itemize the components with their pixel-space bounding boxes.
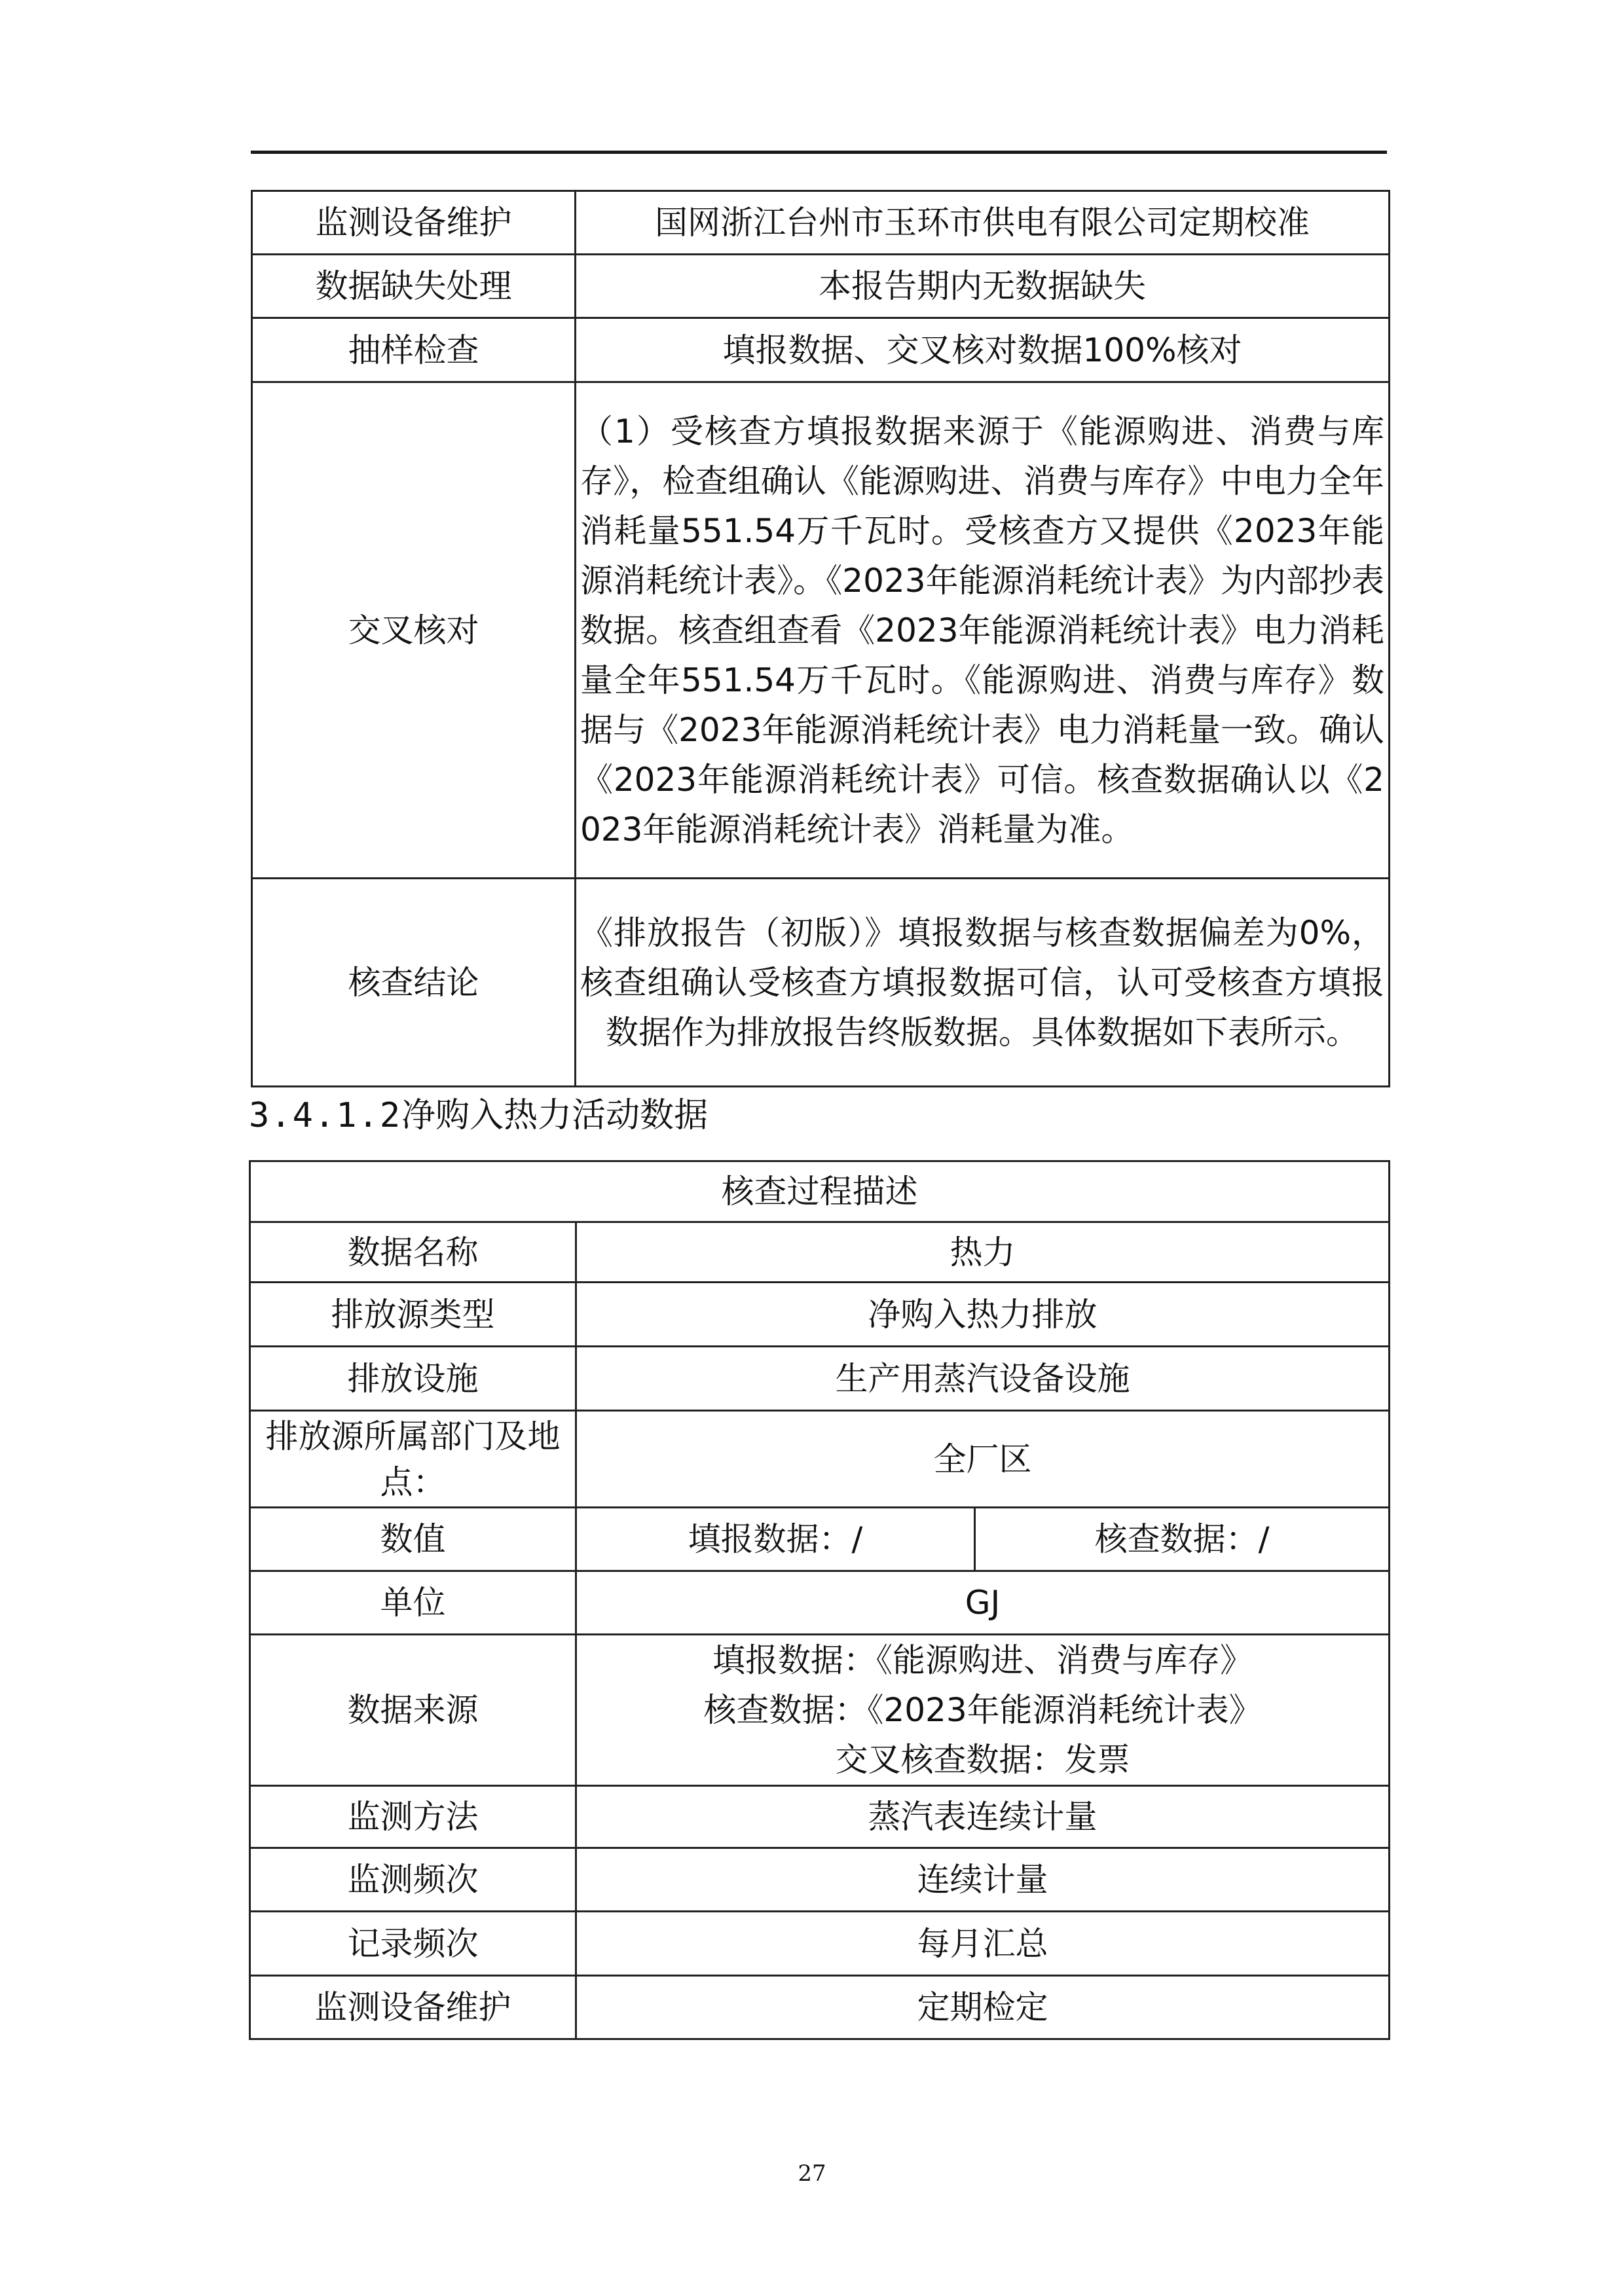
table-row: 排放设施 生产用蒸汽设备设施 <box>250 1347 1390 1411</box>
table-row: 监测设备维护 国网浙江台州市玉环市供电有限公司定期校准 <box>252 191 1390 255</box>
row-value: 热力 <box>576 1222 1390 1283</box>
row-value: 每月汇总 <box>576 1912 1390 1976</box>
row-label: 核查结论 <box>252 879 576 1087</box>
verified-value: 核查数据：/ <box>975 1508 1390 1571</box>
data-source-reported: 填报数据：《能源购进、消费与库存》 <box>580 1635 1386 1685</box>
data-source-list: 填报数据：《能源购进、消费与库存》 核查数据：《2023年能源消耗统计表》 交叉… <box>576 1635 1390 1786</box>
table-row: 监测设备维护 定期检定 <box>250 1976 1390 2039</box>
table-row: 排放源类型 净购入热力排放 <box>250 1283 1390 1347</box>
table-row: 数据缺失处理 本报告期内无数据缺失 <box>252 255 1390 318</box>
data-source-crosscheck: 交叉核查数据：发票 <box>580 1735 1386 1785</box>
row-value: 全厂区 <box>576 1411 1390 1508</box>
row-label: 单位 <box>250 1571 576 1635</box>
table-row: 记录频次 每月汇总 <box>250 1912 1390 1976</box>
row-label: 排放设施 <box>250 1347 576 1411</box>
table-row: 监测方法 蒸汽表连续计量 <box>250 1786 1390 1848</box>
table-row: 排放源所属部门及地点： 全厂区 <box>250 1411 1390 1508</box>
row-value: 定期检定 <box>576 1976 1390 2039</box>
table-row: 核查结论 《排放报告（初版）》填报数据与核查数据偏差为0%，核查组确认受核查方填… <box>252 879 1390 1087</box>
table-row: 数据来源 填报数据：《能源购进、消费与库存》 核查数据：《2023年能源消耗统计… <box>250 1635 1390 1786</box>
section-number: 3.4.1.2 <box>249 1096 401 1135</box>
row-label: 排放源所属部门及地点： <box>250 1411 576 1508</box>
row-value: 生产用蒸汽设备设施 <box>576 1347 1390 1411</box>
row-value: 本报告期内无数据缺失 <box>576 255 1390 318</box>
row-value: 净购入热力排放 <box>576 1283 1390 1347</box>
table-row: 数值 填报数据：/ 核查数据：/ <box>250 1508 1390 1571</box>
table-header: 核查过程描述 <box>250 1161 1390 1222</box>
row-label: 排放源类型 <box>250 1283 576 1347</box>
section-title: 净购入热力活动数据 <box>401 1096 708 1135</box>
row-label: 数值 <box>250 1508 576 1571</box>
table-row: 交叉核对 （1）受核查方填报数据来源于《能源购进、消费与库存》，检查组确认《能源… <box>252 382 1390 879</box>
table-row: 数据名称 热力 <box>250 1222 1390 1283</box>
data-source-verified: 核查数据：《2023年能源消耗统计表》 <box>580 1685 1386 1735</box>
row-label: 交叉核对 <box>252 382 576 879</box>
table-header-row: 核查过程描述 <box>250 1161 1390 1222</box>
row-label: 记录频次 <box>250 1912 576 1976</box>
page-number: 27 <box>0 2160 1624 2187</box>
row-label: 监测设备维护 <box>252 191 576 255</box>
section-heading: 3.4.1.2净购入热力活动数据 <box>249 1092 708 1139</box>
conclusion-paragraph: 《排放报告（初版）》填报数据与核查数据偏差为0%，核查组确认受核查方填报数据可信… <box>576 879 1390 1087</box>
row-label: 抽样检查 <box>252 318 576 382</box>
row-label: 数据名称 <box>250 1222 576 1283</box>
table-row: 监测频次 连续计量 <box>250 1848 1390 1912</box>
table-row: 抽样检查 填报数据、交叉核对数据100%核对 <box>252 318 1390 382</box>
row-value: 填报数据、交叉核对数据100%核对 <box>576 318 1390 382</box>
row-label: 数据缺失处理 <box>252 255 576 318</box>
row-value: 国网浙江台州市玉环市供电有限公司定期校准 <box>576 191 1390 255</box>
row-value: 蒸汽表连续计量 <box>576 1786 1390 1848</box>
row-label: 监测频次 <box>250 1848 576 1912</box>
row-value: GJ <box>576 1571 1390 1635</box>
row-label: 监测方法 <box>250 1786 576 1848</box>
row-label: 数据来源 <box>250 1635 576 1786</box>
reported-value: 填报数据：/ <box>576 1508 975 1571</box>
electricity-verification-table: 监测设备维护 国网浙江台州市玉环市供电有限公司定期校准 数据缺失处理 本报告期内… <box>251 190 1390 1087</box>
page-header-rule <box>251 151 1387 154</box>
row-label: 监测设备维护 <box>250 1976 576 2039</box>
heat-verification-table: 核查过程描述 数据名称 热力 排放源类型 净购入热力排放 排放设施 生产用蒸汽设… <box>249 1160 1390 2040</box>
table-row: 单位 GJ <box>250 1571 1390 1635</box>
cross-check-paragraph: （1）受核查方填报数据来源于《能源购进、消费与库存》，检查组确认《能源购进、消费… <box>576 382 1390 879</box>
row-value: 连续计量 <box>576 1848 1390 1912</box>
